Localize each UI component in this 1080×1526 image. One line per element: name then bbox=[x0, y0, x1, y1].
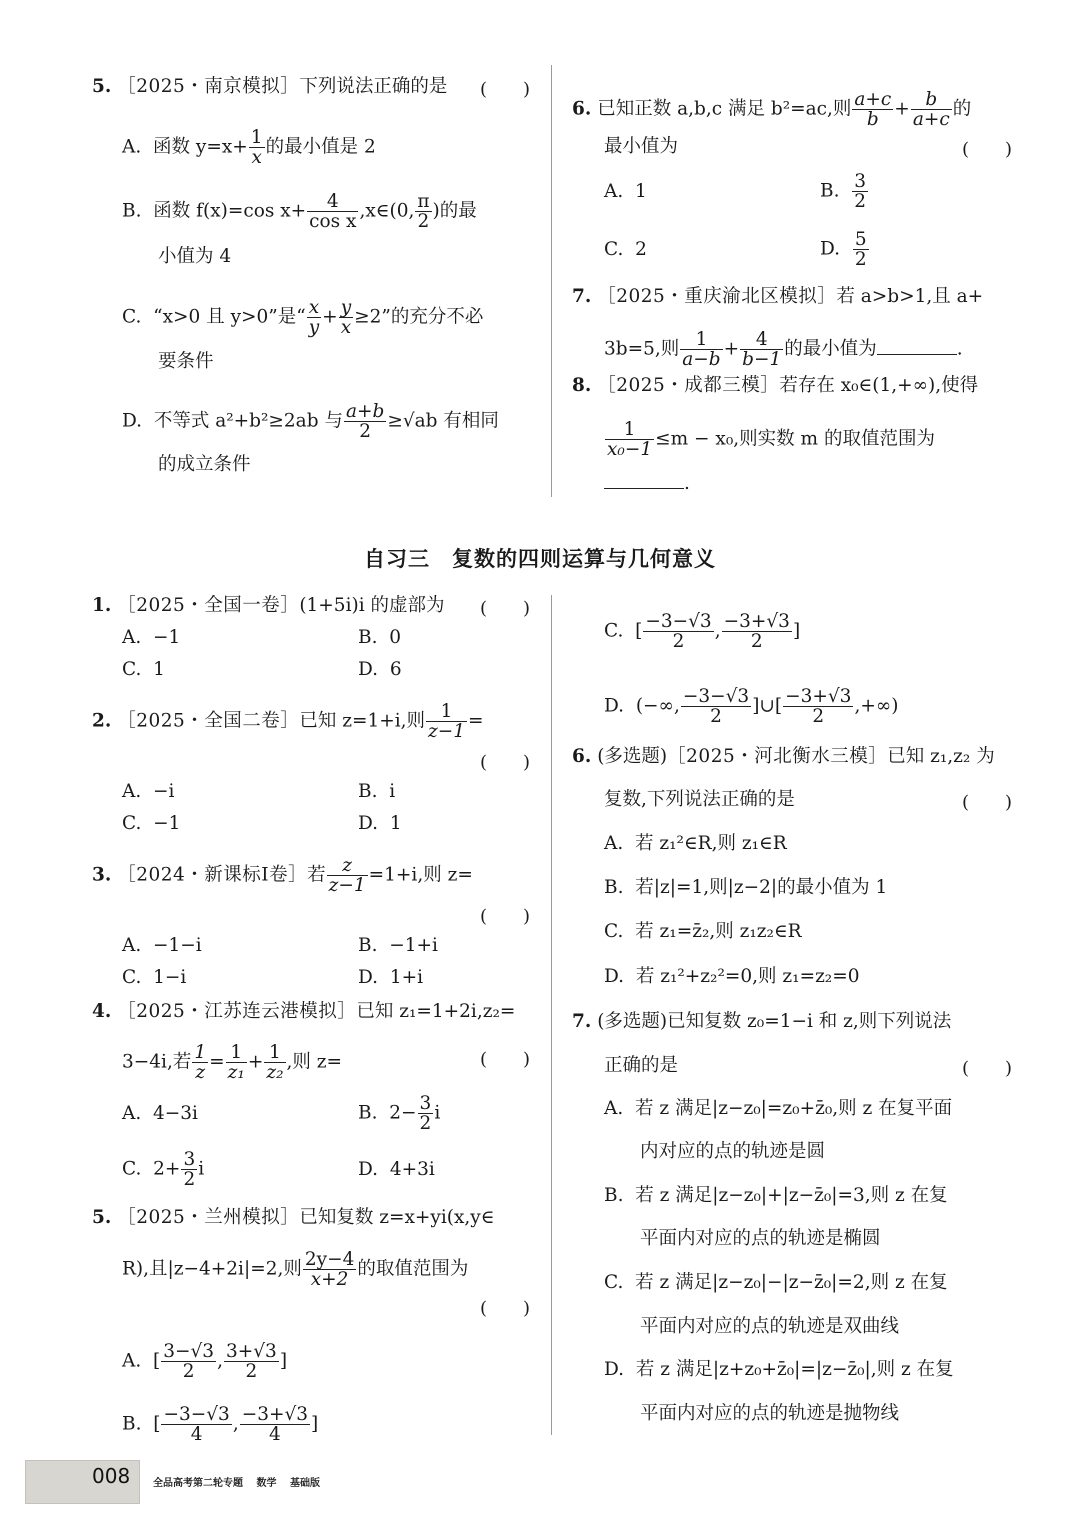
option-d[interactable]: D. 6 bbox=[358, 658, 402, 682]
option-a[interactable]: A. 函数 y=x+1x的最小值是 2 bbox=[122, 128, 376, 167]
question-5-top-stem: 5. ［2025・南京模拟］下列说法正确的是 bbox=[92, 75, 447, 99]
question-6-top-line2: 最小值为 bbox=[604, 135, 678, 159]
option-c-line2: 要条件 bbox=[158, 350, 214, 374]
question-7-top-line2: 3b=5,则1a−b+4b−1的最小值为. bbox=[604, 330, 963, 369]
question-8-top-line3: . bbox=[604, 470, 690, 496]
answer-blank[interactable] bbox=[877, 336, 957, 355]
option-b[interactable]: B. 函数 f(x)=cos x+4cos x,x∈(0,π2)的最 bbox=[122, 192, 477, 231]
option-b[interactable]: B. 2−32i bbox=[358, 1094, 440, 1133]
answer-paren[interactable]: ( ) bbox=[480, 1045, 530, 1071]
answer-paren[interactable]: ( ) bbox=[480, 594, 530, 620]
section-title: 自习三 复数的四则运算与几何意义 bbox=[0, 543, 1080, 573]
column-divider-bottom bbox=[551, 595, 552, 1435]
option-d-line2: 的成立条件 bbox=[158, 453, 251, 477]
option-a[interactable]: A. 若 z₁²∈R,则 z₁∈R bbox=[604, 832, 787, 856]
answer-paren[interactable]: ( ) bbox=[962, 788, 1012, 814]
question-6-line2: 复数,下列说法正确的是 bbox=[604, 788, 795, 812]
option-d[interactable]: D. 1 bbox=[358, 812, 402, 836]
option-c[interactable]: C. −1 bbox=[122, 812, 180, 836]
option-d[interactable]: D. 52 bbox=[820, 230, 870, 269]
option-b[interactable]: B. [−3−√34,−3+√34] bbox=[122, 1405, 318, 1444]
option-c[interactable]: C. “x>0 且 y>0”是“xy+yx≥2”的充分不必 bbox=[122, 298, 483, 337]
page-number: 008 bbox=[92, 1464, 130, 1488]
option-d[interactable]: D. (−∞,−3−√32]∪[−3+√32,+∞) bbox=[604, 687, 898, 726]
option-d[interactable]: D. 不等式 a²+b²≥2ab 与a+b2≥√ab 有相同 bbox=[122, 402, 499, 441]
subject: 数学 bbox=[256, 1478, 276, 1489]
question-1-stem: 1. ［2025・全国一卷］(1+5i)i 的虚部为 bbox=[92, 594, 445, 618]
answer-paren[interactable]: ( ) bbox=[480, 748, 530, 774]
option-a[interactable]: A. −1 bbox=[122, 626, 180, 650]
question-5-stem: 5. ［2025・兰州模拟］已知复数 z=x+yi(x,y∈ bbox=[92, 1206, 494, 1230]
edition: 基础版 bbox=[290, 1478, 320, 1489]
option-a[interactable]: A. 若 z 满足|z−z₀|=z₀+z̄₀,则 z 在复平面 bbox=[604, 1097, 952, 1121]
option-b-line2: 小值为 4 bbox=[158, 245, 231, 269]
question-8-top-stem: 8. ［2025・成都三模］若存在 x₀∈(1,+∞),使得 bbox=[572, 374, 978, 398]
answer-paren[interactable]: ( ) bbox=[480, 1294, 530, 1320]
option-c[interactable]: C. 2 bbox=[604, 238, 647, 262]
question-5-line2: R),且|z−4+2i|=2,则2y−4x+2的取值范围为 bbox=[122, 1250, 468, 1289]
question-4-line2: 3−4i,若1z=1z₁+1z₂,则 z= bbox=[122, 1043, 342, 1082]
answer-paren[interactable]: ( ) bbox=[480, 902, 530, 928]
question-4-stem: 4. ［2025・江苏连云港模拟］已知 z₁=1+2i,z₂= bbox=[92, 1000, 515, 1024]
option-c-line2: 平面内对应的点的轨迹是双曲线 bbox=[640, 1315, 899, 1339]
option-d-line2: 平面内对应的点的轨迹是抛物线 bbox=[640, 1402, 899, 1426]
answer-paren[interactable]: ( ) bbox=[962, 135, 1012, 161]
option-b[interactable]: B. 0 bbox=[358, 626, 401, 650]
option-a[interactable]: A. −i bbox=[122, 780, 174, 804]
answer-paren[interactable]: ( ) bbox=[480, 75, 530, 101]
footer-book-info: 全品高考第二轮专题 数学 基础版 bbox=[153, 1474, 320, 1489]
option-d[interactable]: D. 4+3i bbox=[358, 1158, 435, 1182]
option-a[interactable]: A. −1−i bbox=[122, 934, 202, 958]
option-d[interactable]: D. 若 z₁²+z₂²=0,则 z₁=z₂=0 bbox=[604, 965, 860, 989]
option-b[interactable]: B. i bbox=[358, 780, 395, 804]
option-c[interactable]: C. [−3−√32,−3+√32] bbox=[604, 612, 800, 651]
option-b[interactable]: B. 32 bbox=[820, 172, 869, 211]
option-c[interactable]: C. 若 z 满足|z−z₀|−|z−z̄₀|=2,则 z 在复 bbox=[604, 1271, 948, 1295]
answer-paren[interactable]: ( ) bbox=[962, 1054, 1012, 1080]
book-title: 全品高考第二轮专题 bbox=[153, 1478, 243, 1489]
question-8-top-line2: 1x₀−1≤m − x₀,则实数 m 的取值范围为 bbox=[604, 420, 935, 459]
column-divider-top bbox=[551, 65, 552, 497]
option-a-line2: 内对应的点的轨迹是圆 bbox=[640, 1140, 825, 1164]
option-a[interactable]: A. [3−√32,3+√32] bbox=[122, 1342, 287, 1381]
option-b[interactable]: B. −1+i bbox=[358, 934, 438, 958]
option-b[interactable]: B. 若|z|=1,则|z−2|的最小值为 1 bbox=[604, 876, 887, 900]
option-a[interactable]: A. 1 bbox=[604, 180, 647, 204]
option-c[interactable]: C. 1−i bbox=[122, 966, 186, 990]
question-7-top-stem: 7. ［2025・重庆渝北区模拟］若 a>b>1,且 a+ bbox=[572, 285, 983, 309]
question-3-stem: 3. ［2024・新课标Ⅰ卷］若zz−1=1+i,则 z= bbox=[92, 856, 473, 895]
question-2-stem: 2. ［2025・全国二卷］已知 z=1+i,则1z−1= bbox=[92, 702, 484, 741]
option-d[interactable]: D. 1+i bbox=[358, 966, 423, 990]
question-6-top-stem: 6. 已知正数 a,b,c 满足 b²=ac,则a+cb+ba+c的 bbox=[572, 90, 971, 129]
question-7-line2: 正确的是 bbox=[604, 1054, 678, 1078]
option-b-line2: 平面内对应的点的轨迹是椭圆 bbox=[640, 1227, 881, 1251]
option-c[interactable]: C. 2+32i bbox=[122, 1150, 204, 1189]
textbook-page: 5. ［2025・南京模拟］下列说法正确的是 ( ) A. 函数 y=x+1x的… bbox=[0, 0, 1080, 1526]
option-b[interactable]: B. 若 z 满足|z−z₀|+|z−z̄₀|=3,则 z 在复 bbox=[604, 1184, 948, 1208]
option-c[interactable]: C. 1 bbox=[122, 658, 165, 682]
option-a[interactable]: A. 4−3i bbox=[122, 1102, 198, 1126]
option-c[interactable]: C. 若 z₁=z̄₂,则 z₁z₂∈R bbox=[604, 920, 802, 944]
option-d[interactable]: D. 若 z 满足|z+z₀+z̄₀|=|z−z̄₀|,则 z 在复 bbox=[604, 1358, 954, 1382]
question-7-stem: 7. (多选题)已知复数 z₀=1−i 和 z,则下列说法 bbox=[572, 1010, 951, 1034]
question-6-stem: 6. (多选题)［2025・河北衡水三模］已知 z₁,z₂ 为 bbox=[572, 745, 995, 769]
answer-blank[interactable] bbox=[604, 470, 684, 489]
